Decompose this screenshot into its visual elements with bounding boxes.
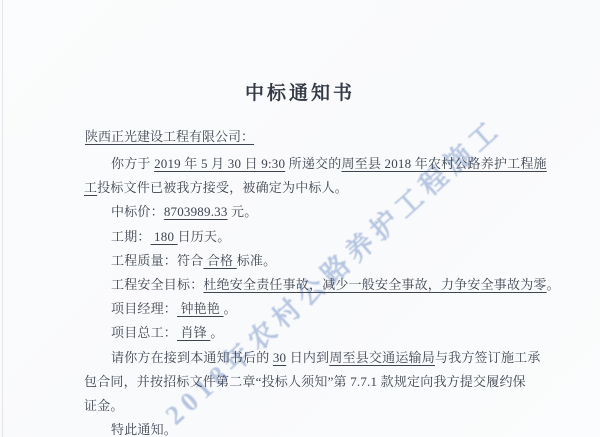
- text-segment: 日内到: [286, 350, 329, 365]
- underlined-segment: 8703989.33: [164, 204, 228, 219]
- text-segment: 工程质量：符合: [111, 253, 203, 268]
- text-segment: 日历天。: [178, 229, 231, 244]
- scanned-document-page: 2018年农村公路养护工程施工 中标通知书 陕西正光建设工程有限公司： 你方于 …: [0, 0, 600, 437]
- text-segment: 项目总工：: [111, 325, 177, 340]
- text-segment: 标准。: [237, 253, 277, 268]
- document-line: 你方于 2019 年 5 月 30 日 9:30 所递交的周至县 2018 年农…: [84, 153, 554, 177]
- text-segment: 元。: [228, 204, 258, 219]
- text-segment: 请你方在接到本通知书后的: [111, 350, 273, 365]
- document-line: 项目总工： 肖锋 。: [84, 322, 554, 346]
- text-segment: 投标文件已被我方接受，被确定为中标人。: [97, 180, 348, 195]
- underlined-segment: 周至县交通运输局: [329, 350, 435, 365]
- text-segment: 。: [547, 277, 560, 292]
- text-segment: 包合同，并按招标文件第二章“投标人须知”第 7.7.1 款规定向我方提交履约保: [84, 374, 526, 389]
- document-line: 证金。: [84, 395, 554, 419]
- text-segment: 。: [210, 325, 223, 340]
- document-line: 请你方在接到本通知书后的 30 日内到周至县交通运输局与我方签订施工承: [84, 347, 554, 371]
- underlined-segment: 钟艳艳: [177, 301, 224, 316]
- document-line: 工期： 180 日历天。: [84, 226, 554, 250]
- underlined-segment: 周至县 2018 年农村公路养护工程施: [341, 156, 546, 171]
- document-line: 包合同，并按招标文件第二章“投标人须知”第 7.7.1 款规定向我方提交履约保: [84, 371, 554, 395]
- text-segment: 与我方签订施工承: [435, 350, 541, 365]
- text-segment: 中标价：: [111, 204, 164, 219]
- document-line: 项目经理： 钟艳艳 。: [84, 298, 554, 322]
- document-line: 工程质量：符合 合格 标准。: [84, 250, 554, 274]
- underlined-segment: 合格: [203, 253, 236, 268]
- underlined-segment: 杜绝安全责任事故，减少一般安全事故，力争安全事故为零: [203, 277, 546, 292]
- text-segment: 证金。: [84, 398, 124, 413]
- document-title: 中标通知书: [0, 78, 600, 105]
- text-segment: 。: [224, 301, 237, 316]
- document-body: 你方于 2019 年 5 月 30 日 9:30 所递交的周至县 2018 年农…: [84, 153, 554, 437]
- document-line: 工程安全目标：杜绝安全责任事故，减少一般安全事故，力争安全事故为零。: [84, 274, 554, 298]
- document-line: 中标价：8703989.33 元。: [84, 201, 554, 225]
- document-line: 特此通知。: [84, 419, 554, 437]
- underlined-segment: 180: [151, 229, 178, 244]
- document-line: 工投标文件已被我方接受，被确定为中标人。: [84, 177, 554, 201]
- underlined-segment: 工: [84, 180, 97, 195]
- underlined-segment: 30: [273, 350, 286, 365]
- text-segment: 你方于: [111, 156, 154, 171]
- text-segment: 工程安全目标：: [111, 277, 203, 292]
- underlined-segment: 肖锋: [177, 325, 210, 340]
- text-segment: 工期：: [111, 229, 151, 244]
- text-segment: 项目经理：: [111, 301, 177, 316]
- addressee-line: 陕西正光建设工程有限公司：: [85, 126, 254, 145]
- text-segment: 所递交的: [285, 156, 341, 171]
- text-segment: 特此通知。: [111, 422, 177, 437]
- underlined-segment: 2019 年 5 月 30 日 9:30: [154, 156, 285, 171]
